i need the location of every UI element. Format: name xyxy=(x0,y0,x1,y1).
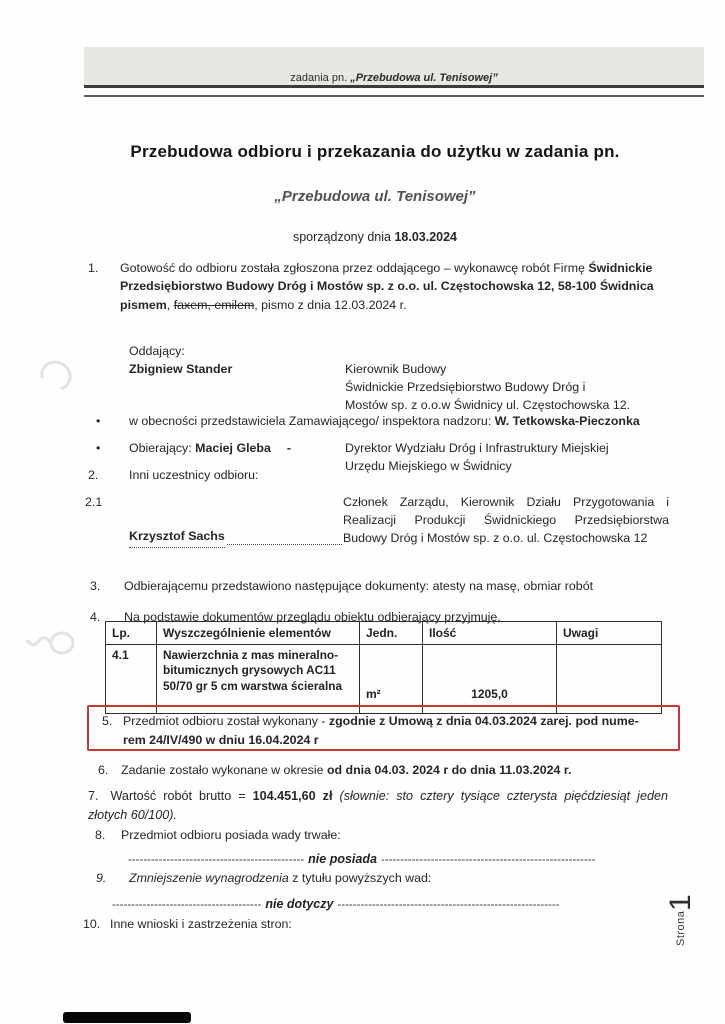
item-5-number: 5. xyxy=(102,712,123,749)
item-5-text: Przedmiot odbioru został wykonany - zgod… xyxy=(123,712,670,749)
scan-artifact-squiggle xyxy=(24,622,76,658)
highlight-box: 5. Przedmiot odbioru został wykonany - z… xyxy=(87,705,680,751)
nie-posiada-line: ----------------------------------------… xyxy=(128,852,595,866)
nie-dotyczy-line: ---------------------------------------n… xyxy=(112,897,560,911)
table-header-row: Lp. Wyszczególnienie elementów Jedn. Ilo… xyxy=(106,622,662,645)
item-9: 9. Zmniejszenie wynagrodzenia z tytułu p… xyxy=(96,869,656,887)
dashes: --------------------------------------- xyxy=(112,899,261,911)
document-title: Przebudowa odbioru i przekazania do użyt… xyxy=(50,142,700,162)
scan-artifact-circle xyxy=(35,355,77,396)
item-10: 10. Inne wnioski i zastrzeżenia stron: xyxy=(83,915,653,933)
item-10-text: Inne wnioski i zastrzeżenia stron: xyxy=(110,915,653,933)
item-7: 7.Wartość robót brutto = 104.451,60 zł (… xyxy=(88,787,668,825)
page-number: Strona1 xyxy=(664,854,698,946)
nie-dotyczy-label: nie dotyczy xyxy=(265,897,333,911)
col-ilosc: Ilość xyxy=(423,622,557,645)
col-lp: Lp. xyxy=(106,622,157,645)
redaction-bar xyxy=(63,1012,191,1023)
item-1-text: Gotowość do odbioru została zgłoszona pr… xyxy=(120,259,673,314)
role-line: Świdnickie Przedsiębiorstwo Budowy Dróg … xyxy=(345,379,669,397)
bullet-inspektor-text: w obecności przedstawiciela Zamawiająceg… xyxy=(129,412,670,430)
dashes: ----------------------------------------… xyxy=(381,854,595,866)
role-line: Dyrektor Wydziału Dróg i Infrastruktury … xyxy=(345,439,670,457)
col-element: Wyszczególnienie elementów xyxy=(157,622,360,645)
role-line: Kierownik Budowy xyxy=(345,361,669,379)
bullet-inspektor: • w obecności przedstawiciela Zamawiając… xyxy=(96,412,670,430)
item-1: 1. Gotowość do odbioru została zgłoszona… xyxy=(88,259,673,314)
item-9-number: 9. xyxy=(96,869,129,887)
item-8-text: Przedmiot odbioru posiada wady trwałe: xyxy=(121,826,655,844)
item-2-text: Inni uczestnicy odbioru: xyxy=(129,466,668,484)
item-6: 6. Zadanie zostało wykonane w okresie od… xyxy=(98,761,668,779)
oddajacy-name: Zbigniew Stander xyxy=(129,361,345,415)
dashes: ----------------------------------------… xyxy=(337,899,559,911)
item-8-number: 8. xyxy=(95,826,121,844)
item-8: 8. Przedmiot odbioru posiada wady trwałe… xyxy=(95,826,655,844)
header-band-text: zadania pn. „Przebudowa ul. Tenisowej” xyxy=(290,72,497,84)
cell-element: Nawierzchnia z mas mineralno-bitumicznyc… xyxy=(157,645,360,714)
item-3-text: Odbierającemu przedstawiono następujące … xyxy=(124,577,665,595)
participant-role: Członek Zarządu, Kierownik Działu Przygo… xyxy=(343,494,669,548)
item-7-number: 7. xyxy=(88,789,111,803)
document-page: zadania pn. „Przebudowa ul. Tenisowej” P… xyxy=(0,0,725,1024)
col-uwagi: Uwagi xyxy=(557,622,662,645)
item-3: 3. Odbierającemu przedstawiono następują… xyxy=(90,577,665,595)
col-jedn: Jedn. xyxy=(360,622,423,645)
item-6-number: 6. xyxy=(98,761,121,779)
item-9-text: Zmniejszenie wynagrodzenia z tytułu powy… xyxy=(129,869,656,887)
oddajacy-label: Oddający: xyxy=(129,344,185,358)
page-header-band: zadania pn. „Przebudowa ul. Tenisowej” xyxy=(84,47,704,87)
dotted-leader xyxy=(227,544,342,545)
dashes: ----------------------------------------… xyxy=(128,854,304,866)
document-subtitle: „Przebudowa ul. Tenisowej” xyxy=(50,188,700,205)
header-divider xyxy=(84,85,704,97)
item-5: 5. Przedmiot odbioru został wykonany - z… xyxy=(89,707,678,749)
item-3-number: 3. xyxy=(90,577,124,595)
item-6-text: Zadanie zostało wykonane w okresie od dn… xyxy=(121,761,668,779)
cell-uwagi xyxy=(557,645,662,714)
item-2-1-number: 2.1 xyxy=(85,494,129,548)
page-number-label: Strona xyxy=(675,911,687,946)
participant-name: Krzysztof Sachs xyxy=(129,528,225,548)
item-2-number: 2. xyxy=(88,466,129,484)
cell-jedn: m² xyxy=(360,645,423,714)
struck-text: faxem, emilem xyxy=(174,298,255,312)
cell-ilosc: 1205,0 xyxy=(423,645,557,714)
item-2-1: 2.1 Krzysztof Sachs Członek Zarządu, Kie… xyxy=(85,494,669,548)
cell-lp: 4.1 xyxy=(106,645,157,714)
table-row: 4.1 Nawierzchnia z mas mineralno-bitumic… xyxy=(106,645,662,714)
item-10-number: 10. xyxy=(83,915,110,933)
nie-posiada-label: nie posiada xyxy=(308,852,377,866)
page-number-value: 1 xyxy=(664,894,698,911)
bullet-icon: • xyxy=(96,412,129,430)
item-1-number: 1. xyxy=(88,259,120,314)
oddajacy-roles: Kierownik Budowy Świdnickie Przedsiębior… xyxy=(345,361,669,415)
participant-name-block: Krzysztof Sachs xyxy=(129,494,343,548)
item-2: 2. Inni uczestnicy odbioru: xyxy=(88,466,668,484)
date-line: sporządzony dnia 18.03.2024 xyxy=(50,230,700,244)
oddajacy-row: Zbigniew Stander Kierownik Budowy Świdni… xyxy=(129,361,669,415)
elements-table: Lp. Wyszczególnienie elementów Jedn. Ilo… xyxy=(105,621,662,714)
